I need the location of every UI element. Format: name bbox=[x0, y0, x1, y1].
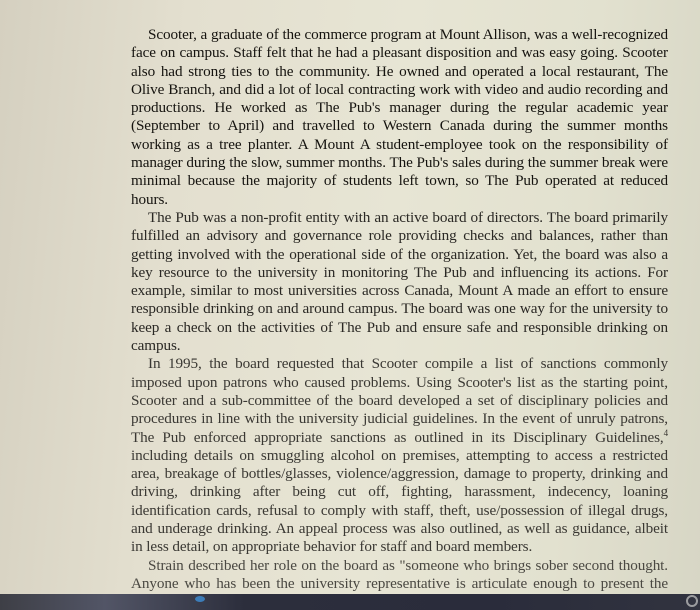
book-page: Scooter, a graduate of the commerce prog… bbox=[0, 0, 700, 594]
paragraph-text-before-footnote: In 1995, the board requested that Scoote… bbox=[131, 355, 668, 445]
paragraph-pub-board: The Pub was a non-profit entity with an … bbox=[131, 209, 668, 355]
paragraph-text-after-footnote: including details on smuggling alcohol o… bbox=[131, 447, 668, 555]
blue-glint-icon bbox=[195, 596, 205, 602]
page-text-block: Scooter, a graduate of the commerce prog… bbox=[131, 26, 668, 610]
device-bottom-edge bbox=[0, 594, 700, 610]
paragraph-disciplinary-guidelines: In 1995, the board requested that Scoote… bbox=[131, 355, 668, 556]
footnote-marker: 4 bbox=[664, 427, 668, 437]
paragraph-scooter-background: Scooter, a graduate of the commerce prog… bbox=[131, 26, 668, 209]
corner-ring-icon bbox=[686, 595, 698, 607]
